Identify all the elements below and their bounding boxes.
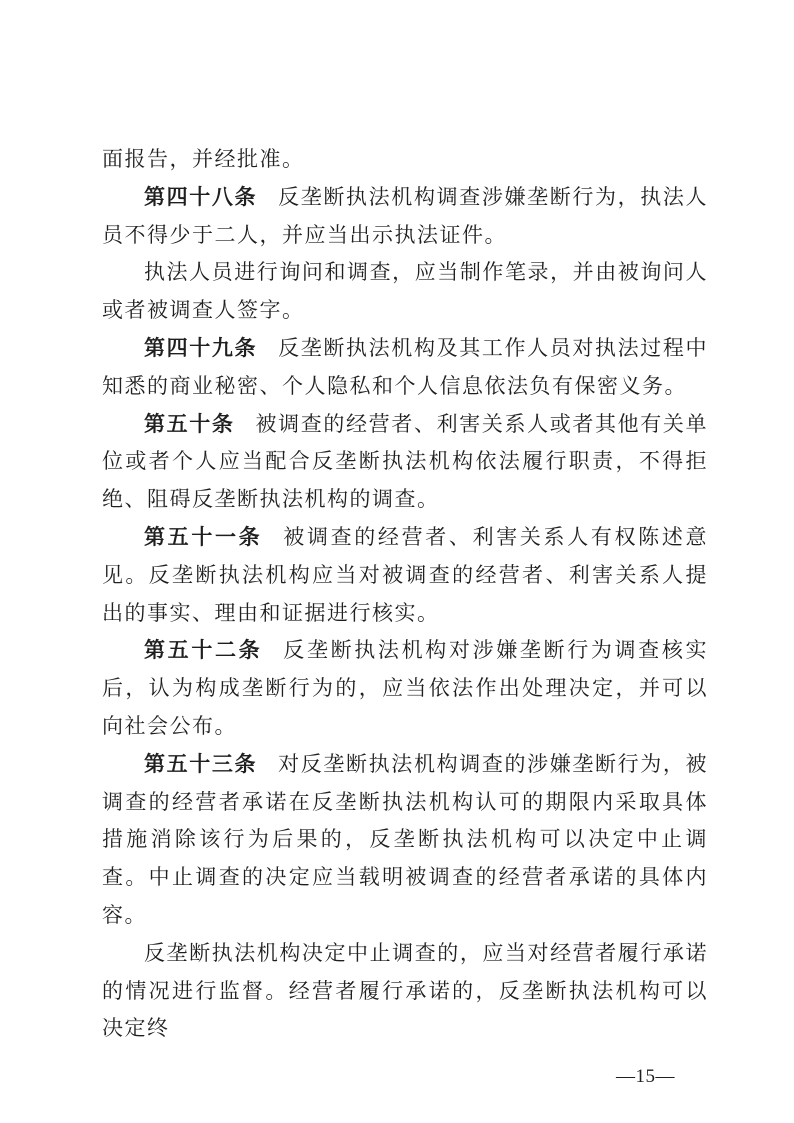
paragraph-article-48-clause-2: 执法人员进行询问和调查，应当制作笔录，并由被询问人或者被调查人签字。 (102, 254, 708, 330)
article-51-number: 第五十一条 (144, 525, 262, 549)
paragraph-article-53-clause-2: 反垄断执法机构决定中止调查的，应当对经营者履行承诺的情况进行监督。经营者履行承诺… (102, 935, 708, 1048)
article-50-number: 第五十条 (144, 412, 235, 436)
document-page: 面报告，并经批准。 第四十八条反垄断执法机构调查涉嫌垄断行为，执法人员不得少于二… (0, 0, 794, 1123)
paragraph-article-50: 第五十条被调查的经营者、利害关系人或者其他有关单位或者个人应当配合反垄断执法机构… (102, 406, 708, 519)
paragraph-article-53: 第五十三条对反垄断执法机构调查的涉嫌垄断行为，被调查的经营者承诺在反垄断执法机构… (102, 746, 708, 935)
paragraph-article-51: 第五十一条被调查的经营者、利害关系人有权陈述意见。反垄断执法机构应当对被调查的经… (102, 519, 708, 632)
article-48-number: 第四十八条 (144, 185, 257, 209)
article-53-text: 对反垄断执法机构调查的涉嫌垄断行为，被调查的经营者承诺在反垄断执法机构认可的期限… (102, 752, 708, 927)
document-body: 面报告，并经批准。 第四十八条反垄断执法机构调查涉嫌垄断行为，执法人员不得少于二… (102, 141, 708, 1048)
paragraph-article-48: 第四十八条反垄断执法机构调查涉嫌垄断行为，执法人员不得少于二人，并应当出示执法证… (102, 179, 708, 255)
page-footer: —15— (616, 1064, 675, 1090)
paragraph-article-49: 第四十九条反垄断执法机构及其工作人员对执法过程中知悉的商业秘密、个人隐私和个人信… (102, 330, 708, 406)
paragraph-article-52: 第五十二条反垄断执法机构对涉嫌垄断行为调查核实后，认为构成垄断行为的，应当依法作… (102, 632, 708, 745)
page-number: —15— (616, 1066, 675, 1087)
paragraph-continuation: 面报告，并经批准。 (102, 141, 708, 179)
article-52-number: 第五十二条 (144, 638, 262, 662)
article-49-number: 第四十九条 (144, 336, 257, 360)
article-53-number: 第五十三条 (144, 752, 257, 776)
